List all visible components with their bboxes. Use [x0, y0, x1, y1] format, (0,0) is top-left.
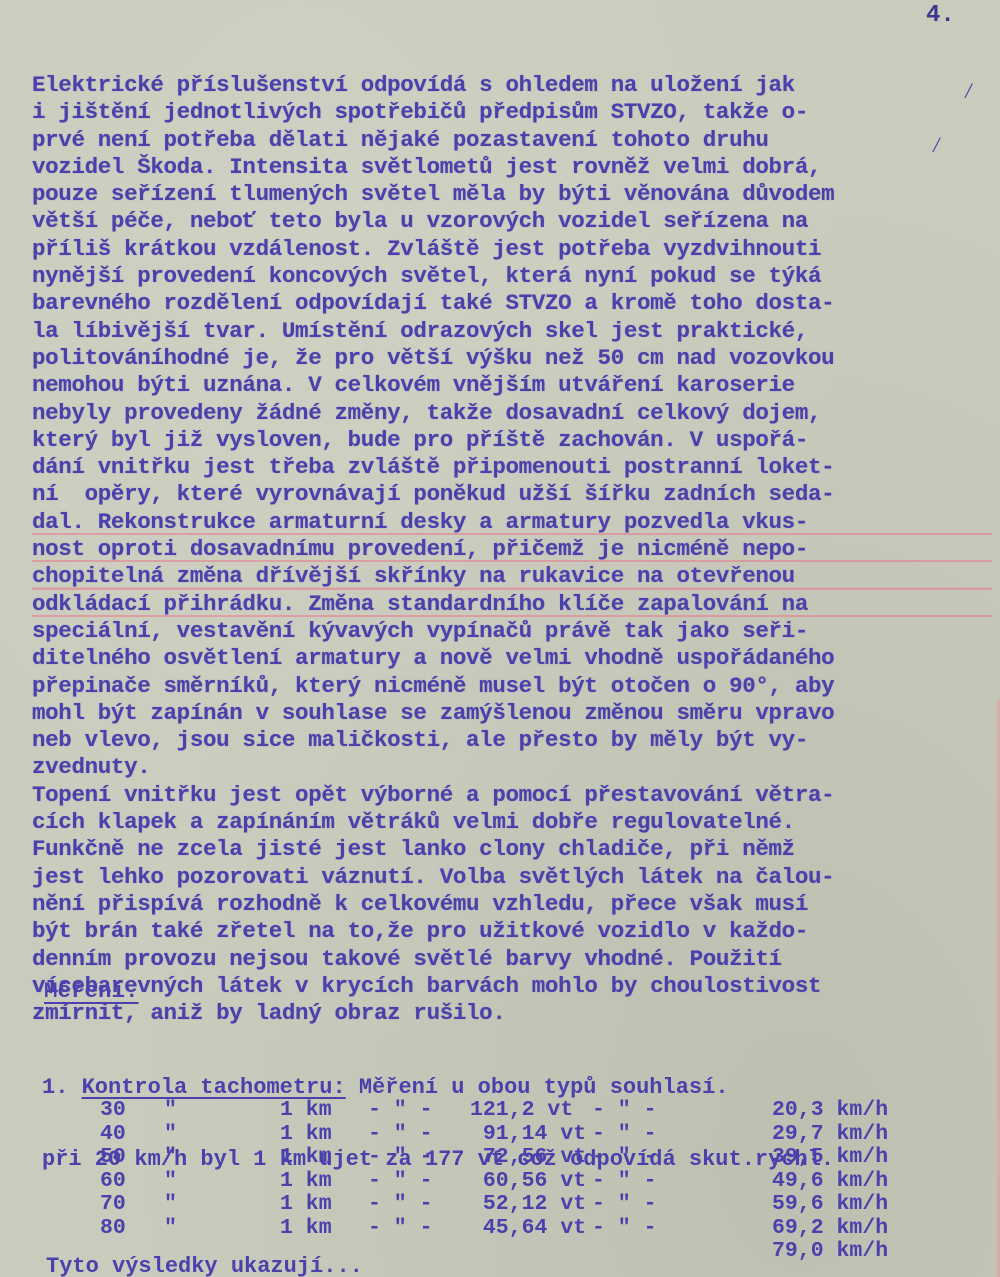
cell-speed: 50 [100, 1145, 126, 1169]
tachometer-intro-line1: 1. Kontrola tachometru: Měření u obou ty… [42, 1076, 834, 1100]
item-title: Kontrola tachometru: [82, 1075, 346, 1100]
cell-time: 72,56 vt [470, 1145, 586, 1169]
text-line: cích klapek a zapínáním větráků velmi do… [32, 809, 992, 836]
cell-ditto1: - " - [368, 1122, 433, 1146]
cell-time: 121,2 vt [470, 1098, 573, 1122]
cell-actual: 79,0 km/h [772, 1239, 888, 1263]
text-line: dání vnitřku jest třeba zvláště připomen… [32, 454, 992, 481]
text-line: nynější provedení koncových světel, kter… [32, 263, 992, 290]
cell-dist: 1 km [280, 1169, 332, 1193]
footer-partial-text: Tyto výsledky ukazují... [46, 1254, 363, 1277]
table-row: 40"1 km- " - 91,14 vt- " -29,7 km/h [100, 1122, 940, 1146]
page-number: 4. [926, 2, 955, 29]
text-line: vícebarevných látek v krycích barvách mo… [32, 973, 992, 1000]
cell-dist: 1 km [280, 1098, 332, 1122]
cell-time: 91,14 vt [470, 1122, 586, 1146]
text-line: i jištění jednotlivých spotřebičů předpi… [32, 99, 992, 126]
item-text: Měření u obou typů souhlasí. [346, 1075, 729, 1100]
table-row: 60"1 km- " - 60,56 vt- " -49,6 km/h [100, 1169, 940, 1193]
cell-speed: 40 [100, 1122, 126, 1146]
cell-ditto2: - " - [592, 1098, 657, 1122]
cell-actual: 69,2 km/h [772, 1216, 888, 1240]
text-line: pouze seřízení tlumených světel měla by … [32, 181, 992, 208]
cell-speed: 70 [100, 1192, 126, 1216]
text-line: jest lehko pozorovati váznutí. Volba svě… [32, 864, 992, 891]
text-line: větší péče, neboť teto byla u vzorových … [32, 208, 992, 235]
text-line: neb vlevo, jsou sice maličkosti, ale pře… [32, 727, 992, 754]
text-line: nění přispívá rozhodně k celkovému vzhle… [32, 891, 992, 918]
text-line: odkládací přihrádku. Změna standardního … [32, 591, 992, 618]
section-heading-measurements: Měření. [44, 978, 139, 1004]
cell-ditto2: - " - [592, 1145, 657, 1169]
cell-mark: " [164, 1098, 177, 1122]
text-line: prvé není potřeba dělati nějaké pozastav… [32, 127, 992, 154]
text-line: příliš krátkou vzdálenost. Zvláště jest … [32, 236, 992, 263]
text-line: přepinače směrníků, který nicméně musel … [32, 673, 992, 700]
text-line: Elektrické příslušenství odpovídá s ohle… [32, 72, 992, 99]
tachometer-table: 30"1 km- " -121,2 vt- " -20,3 km/h40"1 k… [100, 1098, 940, 1263]
text-line: chopitelná změna dřívější skřínky na ruk… [32, 563, 992, 590]
text-line: zmírnit, aniž by ladný obraz rušilo. [32, 1000, 992, 1027]
cell-ditto2: - " - [592, 1122, 657, 1146]
text-line: denním provozu nejsou takové světlé barv… [32, 946, 992, 973]
cell-mark: " [164, 1192, 177, 1216]
text-line: Funkčně ne zcela jisté jest lanko clony … [32, 836, 992, 863]
cell-time: 60,56 vt [470, 1169, 586, 1193]
cell-speed: 80 [100, 1216, 126, 1240]
cell-speed: 30 [100, 1098, 126, 1122]
cell-dist: 1 km [280, 1216, 332, 1240]
cell-mark: " [164, 1122, 177, 1146]
cell-ditto1: - " - [368, 1169, 433, 1193]
text-line: být brán také zřetel na to,že pro užitko… [32, 918, 992, 945]
text-line: politováníhodné je, že pro větší výšku n… [32, 345, 992, 372]
cell-mark: " [164, 1145, 177, 1169]
text-line: zvednuty. [32, 754, 992, 781]
cell-time: 45,64 vt [470, 1216, 586, 1240]
text-line: dal. Rekonstrukce armaturní desky a arma… [32, 509, 992, 536]
cell-actual: 29,7 km/h [772, 1122, 888, 1146]
text-line: který byl již vysloven, bude pro příště … [32, 427, 992, 454]
cell-ditto2: - " - [592, 1216, 657, 1240]
table-row: 50"1 km- " - 72,56 vt- " -39,5 km/h [100, 1145, 940, 1169]
text-line: ditelného osvětlení armatury a nově velm… [32, 645, 992, 672]
cell-time: 52,12 vt [470, 1192, 586, 1216]
text-line: vozidel Škoda. Intensita světlometů jest… [32, 154, 992, 181]
cell-actual: 59,6 km/h [772, 1192, 888, 1216]
cell-ditto2: - " - [592, 1169, 657, 1193]
cell-mark: " [164, 1216, 177, 1240]
text-line: la líbivější tvar. Umístění odrazových s… [32, 318, 992, 345]
cell-ditto1: - " - [368, 1192, 433, 1216]
table-row: 30"1 km- " -121,2 vt- " -20,3 km/h [100, 1098, 940, 1122]
cell-ditto1: - " - [368, 1145, 433, 1169]
text-line: ní opěry, které vyrovnávají poněkud užší… [32, 481, 992, 508]
cell-ditto1: - " - [368, 1098, 433, 1122]
table-row: 70"1 km- " - 52,12 vt- " -59,6 km/h [100, 1192, 940, 1216]
cell-ditto2: - " - [592, 1192, 657, 1216]
text-line: nebyly provedeny žádné změny, takže dosa… [32, 400, 992, 427]
text-line: speciální, vestavění kývavých vypínačů p… [32, 618, 992, 645]
cell-dist: 1 km [280, 1145, 332, 1169]
text-line: nost oproti dosavadnímu provedení, přiče… [32, 536, 992, 563]
cell-mark: " [164, 1169, 177, 1193]
cell-ditto1: - " - [368, 1216, 433, 1240]
cell-actual: 20,3 km/h [772, 1098, 888, 1122]
text-line: Topení vnitřku jest opět výborné a pomoc… [32, 782, 992, 809]
cell-dist: 1 km [280, 1122, 332, 1146]
cell-actual: 39,5 km/h [772, 1145, 888, 1169]
text-line: nemohou býti uznána. V celkovém vnějším … [32, 372, 992, 399]
cell-dist: 1 km [280, 1192, 332, 1216]
table-row: 80"1 km- " - 45,64 vt- " -69,2 km/h [100, 1216, 940, 1240]
document-body: Elektrické příslušenství odpovídá s ohle… [32, 72, 992, 1027]
cell-speed: 60 [100, 1169, 126, 1193]
item-number: 1. [42, 1075, 68, 1100]
text-line: barevného rozdělení odpovídají také STVZ… [32, 290, 992, 317]
text-line: mohl být zapínán v souhlase se zamýšleno… [32, 700, 992, 727]
cell-actual: 49,6 km/h [772, 1169, 888, 1193]
